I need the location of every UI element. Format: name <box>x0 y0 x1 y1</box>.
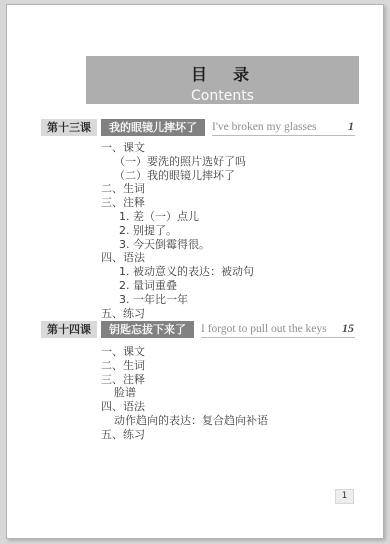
toc-item: 2. 量词重叠 <box>101 279 351 293</box>
toc-header: 目 录 Contents <box>86 56 359 104</box>
toc-title-chinese: 目 录 <box>86 62 359 85</box>
lesson-13-title-chinese: 我的眼镜儿摔坏了 <box>101 119 205 136</box>
toc-item: 1. 被动意义的表达：被动句 <box>101 265 351 279</box>
toc-item: 3. 一年比一年 <box>101 293 351 307</box>
lesson-14-header: 第十四课 钥匙忘拔下来了 I forgot to pull out the ke… <box>41 321 355 338</box>
toc-item: 五、练习 <box>101 307 351 321</box>
lesson-13-header: 第十三课 我的眼镜儿摔坏了 I've broken my glasses 1 <box>41 119 355 136</box>
toc-item: （二）我的眼镜儿摔坏了 <box>101 169 351 183</box>
lesson-14-rule: I forgot to pull out the keys 15 <box>201 321 355 338</box>
lesson-13-page-number: 1 <box>348 119 355 134</box>
toc-item: 1. 差（一）点儿 <box>101 210 351 224</box>
lesson-13-label: 第十三课 <box>41 119 97 136</box>
toc-item: 2. 别提了。 <box>101 224 351 238</box>
toc-item: 动作趋向的表达：复合趋向补语 <box>101 414 351 428</box>
toc-item: 3. 今天倒霉得很。 <box>101 238 351 252</box>
toc-item: 一、课文 <box>101 141 351 155</box>
lesson-14-title-english: I forgot to pull out the keys <box>201 323 327 335</box>
toc-item: 二、生词 <box>101 359 351 373</box>
toc-item: 四、语法 <box>101 251 351 265</box>
toc-item: 四、语法 <box>101 400 351 414</box>
toc-item: （一）要洗的照片选好了吗 <box>101 155 351 169</box>
lesson-14-title-chinese: 钥匙忘拔下来了 <box>101 321 194 338</box>
lesson-14-item-list: 一、课文二、生词三、注释脸谱四、语法动作趋向的表达：复合趋向补语五、练习 <box>101 345 351 442</box>
toc-item: 二、生词 <box>101 182 351 196</box>
toc-title-english: Contents <box>86 88 359 104</box>
book-page: 目 录 Contents 第十三课 我的眼镜儿摔坏了 I've broken m… <box>6 4 384 539</box>
toc-item: 一、课文 <box>101 345 351 359</box>
footer-page-number: 1 <box>335 489 354 504</box>
lesson-14-page-number: 15 <box>342 321 355 336</box>
lesson-13-rule: I've broken my glasses 1 <box>212 119 355 136</box>
lesson-14-label: 第十四课 <box>41 321 97 338</box>
lesson-13-item-list: 一、课文（一）要洗的照片选好了吗（二）我的眼镜儿摔坏了二、生词三、注释1. 差（… <box>101 141 351 320</box>
toc-item: 五、练习 <box>101 428 351 442</box>
toc-item: 三、注释 <box>101 373 351 387</box>
toc-item: 脸谱 <box>101 386 351 400</box>
lesson-13-title-english: I've broken my glasses <box>212 121 317 133</box>
toc-item: 三、注释 <box>101 196 351 210</box>
